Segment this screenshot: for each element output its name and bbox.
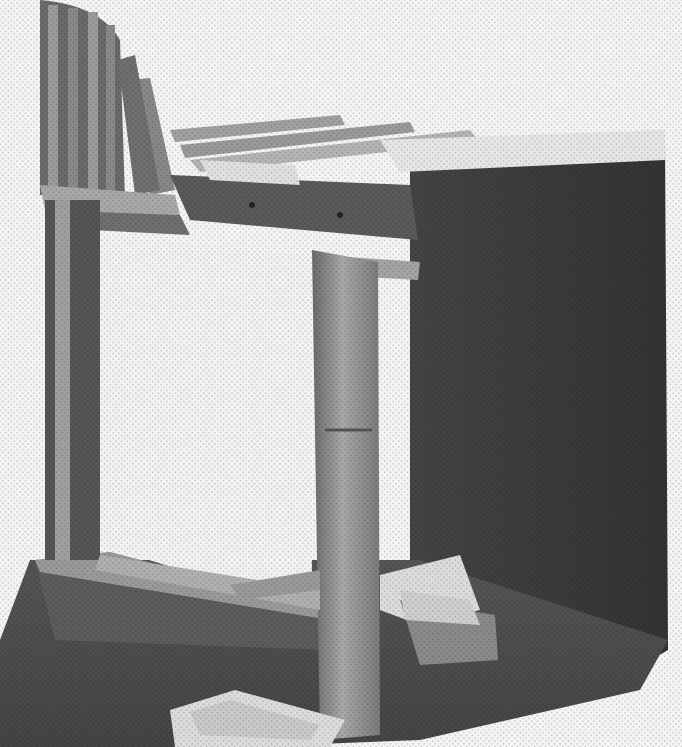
chair-model-photo bbox=[0, 0, 682, 747]
